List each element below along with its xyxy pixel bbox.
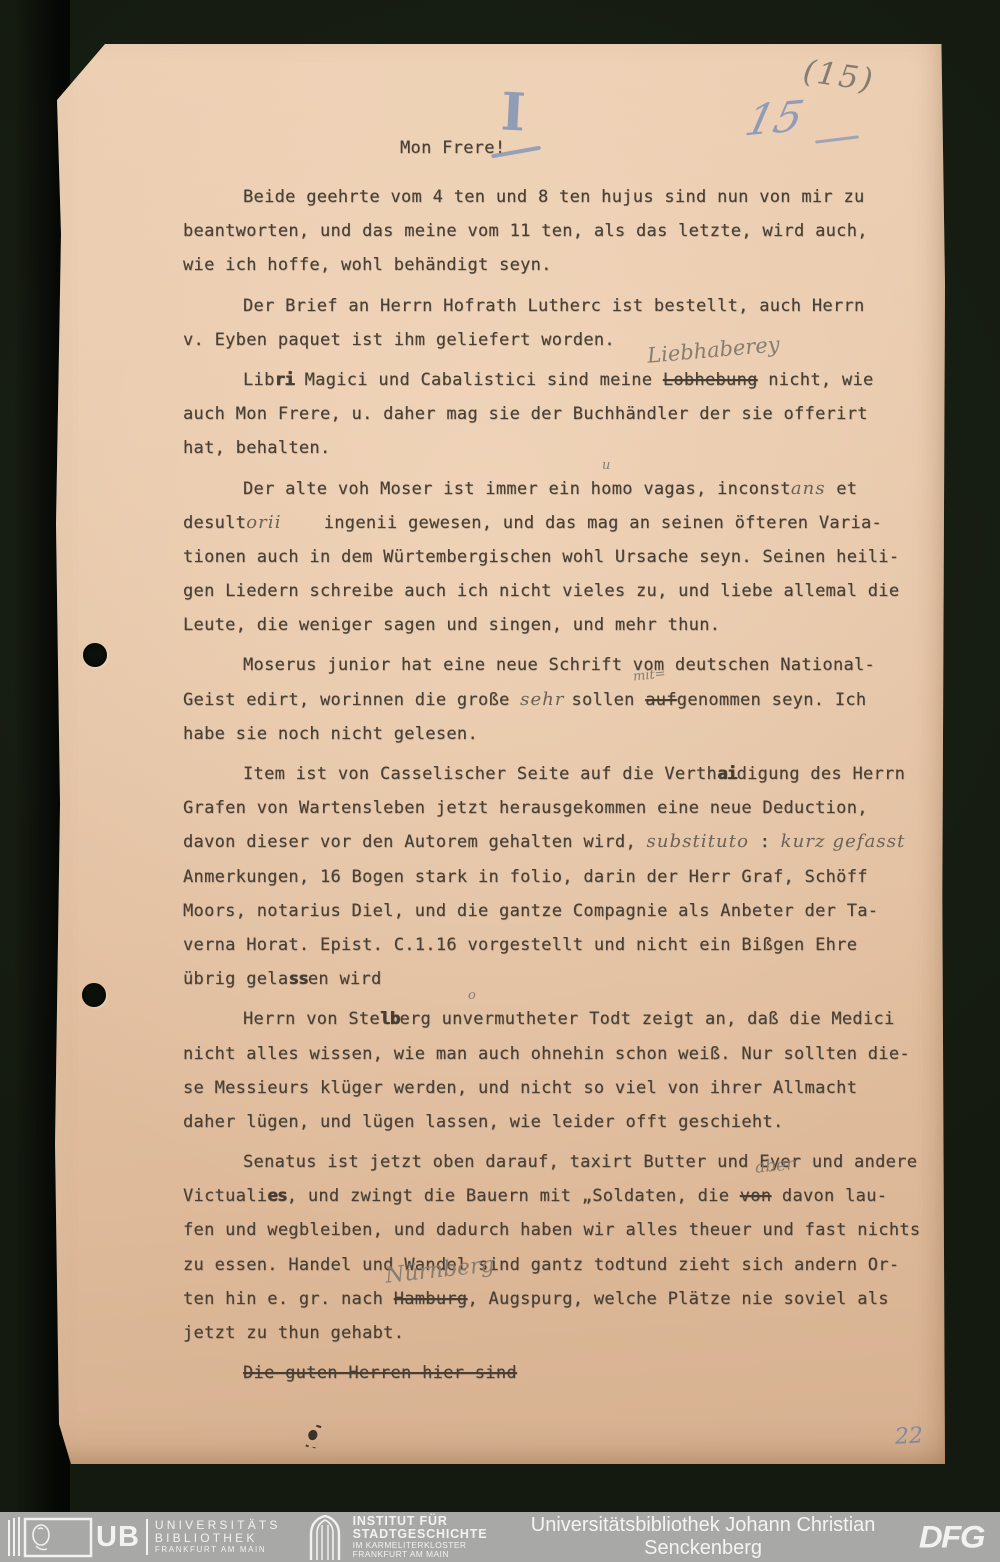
letter-line: davon dieser vor den Autorem gehalten wi… xyxy=(183,825,963,859)
paragraph: Moserus junior hat eine neue Schrift vom… xyxy=(183,648,963,751)
annotation-corner-number: 22 xyxy=(894,1423,923,1449)
paragraph: Die guten Herren hier sind xyxy=(183,1356,963,1390)
ink-blot xyxy=(303,1424,322,1447)
annotation-aber: aber xyxy=(754,1154,795,1177)
punch-hole-bottom xyxy=(82,983,106,1007)
letter-line: desultorii ingenii gewesen, und das mag … xyxy=(183,506,963,540)
paragraph: Item ist von Casselischer Seite auf die … xyxy=(183,757,963,996)
ub-abbr: UB xyxy=(96,1521,140,1554)
ifs-logo: INSTITUT FÜR STADTGESCHICHTE IM KARMELIT… xyxy=(305,1514,488,1560)
letter-line: Moors, notarius Diel, und die gantze Com… xyxy=(183,894,963,928)
paragraph: Der alte voh Moser ist immer ein homo va… xyxy=(183,472,963,643)
dfg-logo: DFG xyxy=(919,1519,984,1555)
ifs-text: INSTITUT FÜR STADTGESCHICHTE IM KARMELIT… xyxy=(353,1515,488,1560)
letter-line: gen Liedern schreibe auch ich nicht viel… xyxy=(183,574,963,608)
letter-line: zu essen. Handel und Wandel sind gantz t… xyxy=(183,1248,963,1282)
letter-body: Beide geehrte vom 4 ten und 8 ten hujus … xyxy=(183,180,963,1390)
punch-hole-top xyxy=(83,643,107,667)
letter-line: Moserus junior hat eine neue Schrift vom… xyxy=(183,648,963,682)
ifs-arch-icon xyxy=(305,1514,345,1560)
letter-line: fen und wegbleiben, und dadurch haben wi… xyxy=(183,1213,963,1247)
annotation-folio-blue: 15 xyxy=(740,92,808,147)
paragraph: Herrn von Stelberg unvermutheter Todt ze… xyxy=(183,1002,963,1139)
annotation-roman-numeral: I xyxy=(499,81,526,143)
letter-line: daher lügen, und lügen lassen, wie leide… xyxy=(183,1105,963,1139)
scan-viewport: Mon Frere! Beide geehrte vom 4 ten und 8… xyxy=(0,0,1000,1562)
letter-line: Libri Magici und Cabalistici sind meine … xyxy=(183,363,963,397)
letter-line: Item ist von Casselischer Seite auf die … xyxy=(183,757,963,791)
annotation-vagus-correction: u xyxy=(602,458,610,473)
annotation-folio-pencil: (15) xyxy=(801,53,877,99)
letter-line: habe sie noch nicht gelesen. xyxy=(183,717,963,751)
ub-line2: BIBLIOTHEK xyxy=(155,1532,281,1545)
letter-line: v. Eyben paquet ist ihm geliefert worden… xyxy=(183,323,963,357)
letter-line: Senatus ist jetzt oben darauf, taxirt Bu… xyxy=(183,1145,963,1179)
letter-line: hat, behalten. xyxy=(183,431,963,465)
letter-line: übrig gelassen wird xyxy=(183,962,963,996)
paragraph: Beide geehrte vom 4 ten und 8 ten hujus … xyxy=(183,180,963,283)
letter-line: Beide geehrte vom 4 ten und 8 ten hujus … xyxy=(183,180,963,214)
letter-line: Anmerkungen, 16 Bogen stark in folio, da… xyxy=(183,860,963,894)
paragraph: Senatus ist jetzt oben darauf, taxirt Bu… xyxy=(183,1145,963,1350)
ub-text: UNIVERSITÄTS BIBLIOTHEK FRANKFURT AM MAI… xyxy=(155,1519,281,1555)
annotation-folio-dash xyxy=(815,135,859,143)
letter-line: ten hin e. gr. nach Hamburg, Augspurg, w… xyxy=(183,1282,963,1316)
footer-bar: UB UNIVERSITÄTS BIBLIOTHEK FRANKFURT AM … xyxy=(0,1512,1000,1562)
library-name: Universitätsbibliothek Johann Christian … xyxy=(487,1514,919,1560)
letter-line: tionen auch in dem Würtembergischen wohl… xyxy=(183,540,963,574)
ifs-line2: STADTGESCHICHTE xyxy=(353,1528,488,1541)
ifs-line1: INSTITUT FÜR xyxy=(353,1515,488,1528)
letter-line: nicht alles wissen, wie man auch ohnehin… xyxy=(183,1037,963,1071)
letter-line: verna Horat. Epist. C.1.16 vorgestellt u… xyxy=(183,928,963,962)
ub-logo: UB UNIVERSITÄTS BIBLIOTHEK FRANKFURT AM … xyxy=(6,1515,281,1559)
letter-line: Der alte voh Moser ist immer ein homo va… xyxy=(183,472,963,506)
letter-line: Grafen von Wartensleben jetzt herausgeko… xyxy=(183,791,963,825)
letter-line: Geist edirt, worinnen die große sehr sol… xyxy=(183,683,963,717)
letter-line: se Messieurs klüger werden, und nicht so… xyxy=(183,1071,963,1105)
letter-line: Leute, die weniger sagen und singen, und… xyxy=(183,608,963,642)
letter-line: auch Mon Frere, u. daher mag sie der Buc… xyxy=(183,397,963,431)
letter-line: Victualies, und zwingt die Bauern mit „S… xyxy=(183,1179,963,1213)
letter-line: Der Brief an Herrn Hofrath Lutherc ist b… xyxy=(183,289,963,323)
letter-line: jetzt zu thun gehabt. xyxy=(183,1316,963,1350)
letter-page: Mon Frere! Beide geehrte vom 4 ten und 8… xyxy=(55,44,945,1464)
letter-line: Die guten Herren hier sind xyxy=(183,1356,963,1390)
paragraph: Der Brief an Herrn Hofrath Lutherc ist b… xyxy=(183,289,963,357)
letter-line: Herrn von Stelberg unvermutheter Todt ze… xyxy=(183,1002,963,1036)
salutation: Mon Frere! xyxy=(400,138,505,158)
annotation-stelberg-correction: o xyxy=(468,988,476,1003)
letter-line: wie ich hoffe, wohl behändigt seyn. xyxy=(183,248,963,282)
ub-divider xyxy=(146,1519,148,1555)
ub-goethe-icon xyxy=(6,1515,94,1559)
ub-line3: FRANKFURT AM MAIN xyxy=(155,1545,281,1555)
ifs-line4: FRANKFURT AM MAIN xyxy=(353,1550,488,1560)
paragraph: Libri Magici und Cabalistici sind meine … xyxy=(183,363,963,466)
letter-line: beantworten, und das meine vom 11 ten, a… xyxy=(183,214,963,248)
